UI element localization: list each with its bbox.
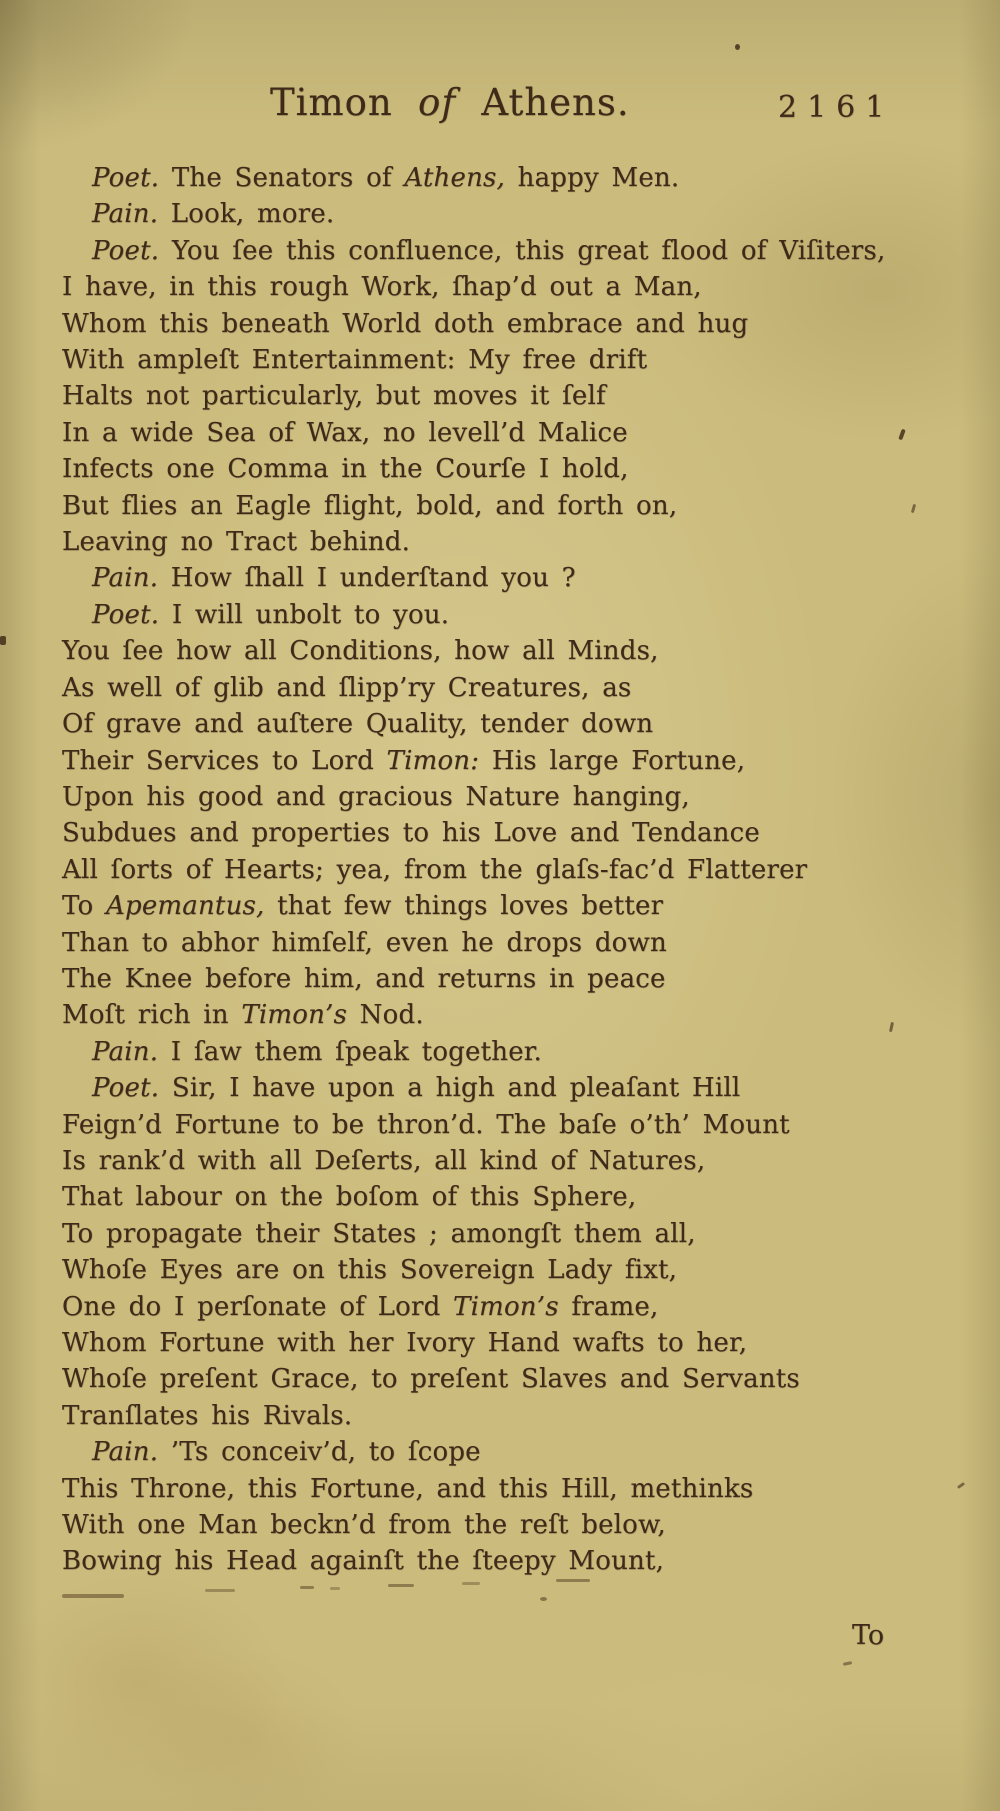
text-line: Tranſlates his Rivals. (62, 1398, 972, 1434)
text-line: I have, in this rough Work, ſhap’d out a… (62, 269, 972, 305)
ink-smudge (62, 1594, 124, 1598)
text-line: Whoſe Eyes are on this Sovereign Lady fi… (62, 1252, 972, 1288)
text-line: This Throne, this Fortune, and this Hill… (62, 1471, 972, 1507)
ink-speck (843, 1661, 852, 1666)
title-word-of: of (418, 81, 456, 124)
ink-speck (735, 44, 740, 50)
page-title: Timon of Athens. (270, 82, 630, 124)
text-line: Pain. How ſhall I underſtand you ? (62, 560, 972, 596)
text-line: All ſorts of Hearts; yea, from the glaſs… (62, 852, 972, 888)
text-line: Subdues and properties to his Love and T… (62, 815, 972, 851)
text-line: Is rank’d with all Deſerts, all kind of … (62, 1143, 972, 1179)
text-line: To Apemantus, that few things loves bett… (62, 888, 972, 924)
ink-smudge (556, 1579, 590, 1582)
body-text: Poet. The Senators of Athens, happy Men.… (62, 160, 972, 1580)
text-line: Feign’d Fortune to be thron’d. The baſe … (62, 1107, 972, 1143)
ink-smudge (205, 1589, 235, 1592)
text-line: Poet. You ſee this confluence, this grea… (62, 233, 972, 269)
page-number: 2161 (778, 90, 894, 125)
text-line: Than to abhor himſelf, even he drops dow… (62, 925, 972, 961)
text-line: Halts not particularly, but moves it ſel… (62, 378, 972, 414)
book-page-scan: Timon of Athens. 2161 Poet. The Senators… (0, 0, 1000, 1811)
ink-smudge (330, 1587, 340, 1590)
ink-smudge (300, 1586, 314, 1589)
text-line: Whoſe preſent Grace, to preſent Slaves a… (62, 1361, 972, 1397)
text-line: Poet. The Senators of Athens, happy Men. (62, 160, 972, 196)
text-line: Upon his good and gracious Nature hangin… (62, 779, 972, 815)
text-line: Bowing his Head againſt the ſteepy Mount… (62, 1543, 972, 1579)
text-line: But flies an Eagle flight, bold, and for… (62, 488, 972, 524)
text-line: Pain. I ſaw them ſpeak together. (62, 1034, 972, 1070)
text-line: Whom Fortune with her Ivory Hand wafts t… (62, 1325, 972, 1361)
ink-smudge (462, 1582, 480, 1585)
text-line: One do I perſonate of Lord Timon’s frame… (62, 1289, 972, 1325)
text-line: Leaving no Tract behind. (62, 524, 972, 560)
title-word-athens: Athens. (481, 81, 629, 124)
title-word-timon: Timon (270, 81, 393, 124)
ink-speck (540, 1597, 547, 1601)
text-line: Their Services to Lord Timon: His large … (62, 743, 972, 779)
text-line: Poet. Sir, I have upon a high and pleaſa… (62, 1070, 972, 1106)
text-line: As well of glib and ſlipp’ry Creatures, … (62, 670, 972, 706)
text-line: You ſee how all Conditions, how all Mind… (62, 633, 972, 669)
text-line: Whom this beneath World doth embrace and… (62, 306, 972, 342)
catchword: To (852, 1620, 884, 1651)
text-line: To propagate their States ; amongſt them… (62, 1216, 972, 1252)
text-line: Pain. Look, more. (62, 196, 972, 232)
text-line: Infects one Comma in the Courſe I hold, (62, 451, 972, 487)
text-line: With ampleſt Entertainment: My free drif… (62, 342, 972, 378)
text-line: Moſt rich in Timon’s Nod. (62, 997, 972, 1033)
text-line: With one Man beckn’d from the reſt below… (62, 1507, 972, 1543)
ink-smudge (388, 1584, 414, 1587)
text-line: Pain. ’Ts conceiv’d, to ſcope (62, 1434, 972, 1470)
text-line: That labour on the boſom of this Sphere, (62, 1179, 972, 1215)
text-line: In a wide Sea of Wax, no levell’d Malice (62, 415, 972, 451)
text-line: Of grave and auſtere Quality, tender dow… (62, 706, 972, 742)
text-line: Poet. I will unbolt to you. (62, 597, 972, 633)
ink-speck (0, 636, 6, 645)
text-line: The Knee before him, and returns in peac… (62, 961, 972, 997)
